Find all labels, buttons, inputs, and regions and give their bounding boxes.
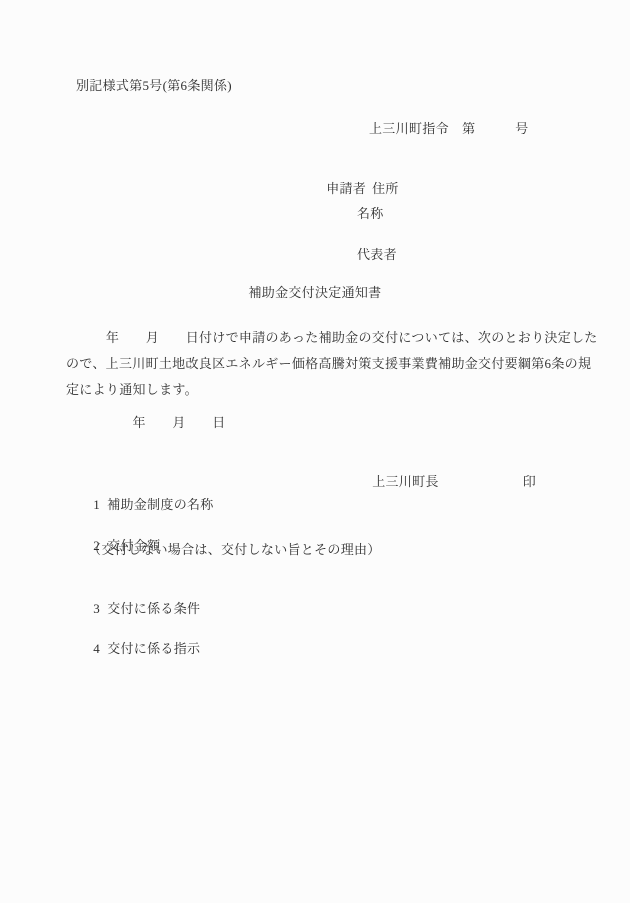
issue-date-line: 年 月 日	[66, 415, 226, 431]
list-item-4: 4交付に係る指示	[79, 625, 200, 673]
item-1-number: 1	[93, 497, 107, 513]
applicant-label: 申請者	[326, 181, 366, 196]
directive-number-line: 上三川町指令 第 号	[369, 121, 529, 137]
applicant-line: 申請者住所	[312, 165, 399, 213]
body-line-3: 定により通知します。	[66, 382, 198, 398]
applicant-name-label: 名称	[357, 206, 384, 222]
issuer-line: 上三川町長印	[358, 458, 536, 506]
applicant-representative-label: 代表者	[357, 247, 397, 263]
item-4-label: 交付に係る指示	[107, 641, 200, 656]
body-line-1: 年 月 日付けで申請のあった補助金の交付については、次のとおり決定した	[66, 330, 598, 346]
document-title: 補助金交付決定通知書	[0, 285, 630, 301]
seal-placeholder: 印	[523, 474, 536, 489]
item-1-label: 補助金制度の名称	[107, 497, 213, 512]
body-line-2: ので、上三川町土地改良区エネルギー価格高騰対策支援事業費補助金交付要綱第6条の規	[66, 356, 591, 372]
item-3-label: 交付に係る条件	[107, 601, 200, 616]
document-page: 別記様式第5号(第6条関係) 上三川町指令 第 号 申請者住所 名称 代表者 補…	[0, 0, 630, 903]
issuer-title: 上三川町長	[372, 474, 439, 489]
item-3-number: 3	[93, 601, 107, 617]
item-4-number: 4	[93, 641, 107, 657]
form-reference: 別記様式第5号(第6条関係)	[76, 78, 232, 94]
applicant-address-label: 住所	[372, 181, 399, 196]
item-2-note: （交付しない場合は、交付しない旨とその理由）	[88, 542, 381, 558]
